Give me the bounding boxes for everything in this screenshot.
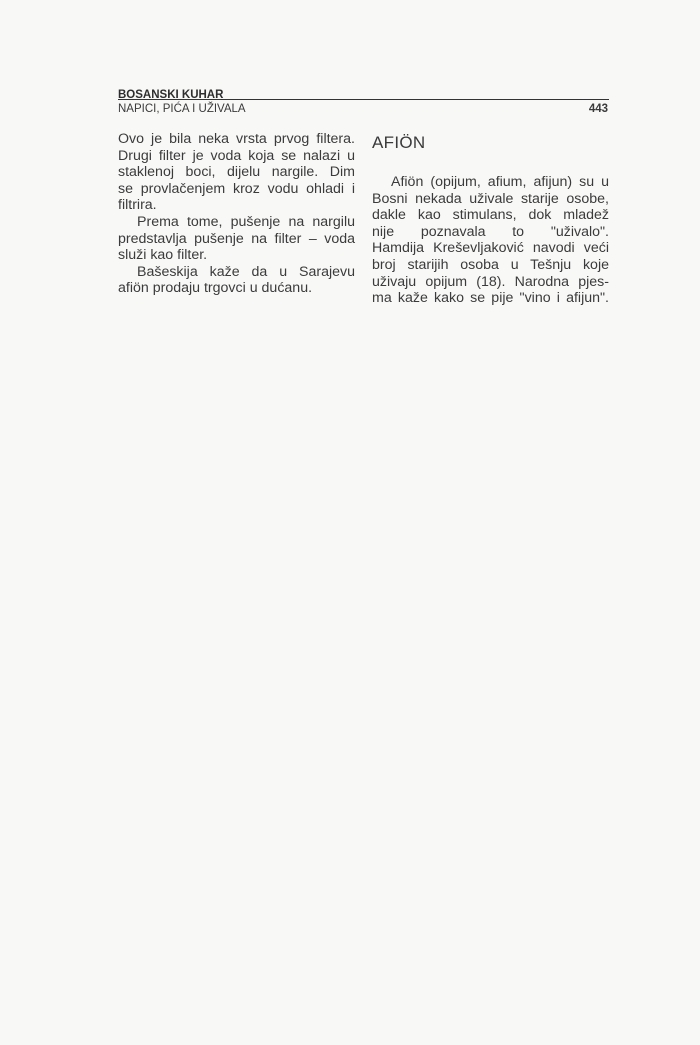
text-line: dakle kao stimulans, dok mladež [372,207,609,224]
text-line: Bosni nekada uživale starije osobe, [372,191,609,208]
paragraph: Afiön (opijum, afium, afijun) su u Bosni… [372,174,609,307]
text-line: predstavlja pušenje na filter – voda [118,231,355,248]
text-line: nije poznavala to "uživalo". [372,224,609,241]
text-line: Prema tome, pušenje na nargilu [118,214,355,231]
text-line: filtrira. [118,197,355,214]
paragraph: Bašeskija kaže da u Sarajevu afiön proda… [118,264,355,297]
page-number: 443 [589,103,609,115]
left-column: Ovo je bila neka vrsta prvog filtera. Dr… [118,131,355,297]
text-line: služi kao filter. [118,247,355,264]
section-heading: AFIÖN [372,134,609,152]
text-line: Hamdija Kreševljaković navodi veći [372,240,609,257]
paragraph: Prema tome, pušenje na nargilu predstavl… [118,214,355,264]
text-line: Ovo je bila neka vrsta prvog filtera. [118,131,355,148]
text-line: se provlačenjem kroz vodu ohladi i [118,181,355,198]
text-line: staklenoj boci, dijelu nargile. Dim [118,164,355,181]
text-line: ma kaže kako se pije "vino i afijun". [372,290,609,307]
text-line: Bašeskija kaže da u Sarajevu [118,264,355,281]
text-line: afiön prodaju trgovci u dućanu. [118,280,355,297]
chapter-title: NAPICI, PIĆA I UŽIVALA [118,103,246,115]
running-header: BOSANSKI KUHAR NAPICI, PIĆA I UŽIVALA 44… [118,90,609,115]
header-rule [118,99,609,100]
right-column: AFIÖN Afiön (opijum, afium, afijun) su u… [372,131,609,307]
text-line: broj starijih osoba u Tešnju koje [372,257,609,274]
chapter-line: NAPICI, PIĆA I UŽIVALA 443 [118,103,609,115]
paragraph: Ovo je bila neka vrsta prvog filtera. Dr… [118,131,355,214]
text-line: uživaju opijum (18). Narodna pjes- [372,274,609,291]
text-line: Drugi filter je voda koja se nalazi u [118,148,355,165]
text-line: Afiön (opijum, afium, afijun) su u [372,174,609,191]
